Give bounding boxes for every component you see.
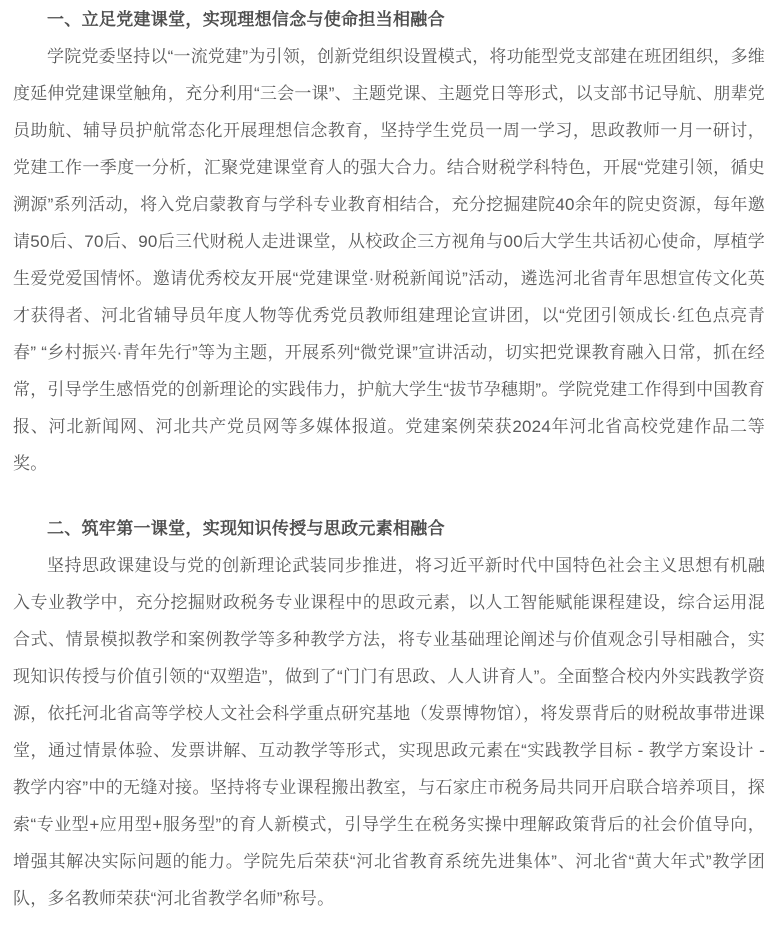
section-1-paragraph: 学院党委坚持以“一流党建”为引领，创新党组织设置模式，将功能型党支部建在班团组织…	[13, 38, 765, 482]
section-2-paragraph: 坚持思政课建设与党的创新理论武装同步推进，将习近平新时代中国特色社会主义思想有机…	[13, 547, 765, 917]
section-1-heading: 一、立足党建课堂，实现理想信念与使命担当相融合	[13, 1, 765, 38]
section-party-building: 一、立足党建课堂，实现理想信念与使命担当相融合 学院党委坚持以“一流党建”为引领…	[13, 1, 765, 482]
section-first-classroom: 二、筑牢第一课堂，实现知识传授与思政元素相融合 坚持思政课建设与党的创新理论武装…	[13, 510, 765, 917]
article-body: 一、立足党建课堂，实现理想信念与使命担当相融合 学院党委坚持以“一流党建”为引领…	[0, 0, 777, 952]
section-2-heading: 二、筑牢第一课堂，实现知识传授与思政元素相融合	[13, 510, 765, 547]
